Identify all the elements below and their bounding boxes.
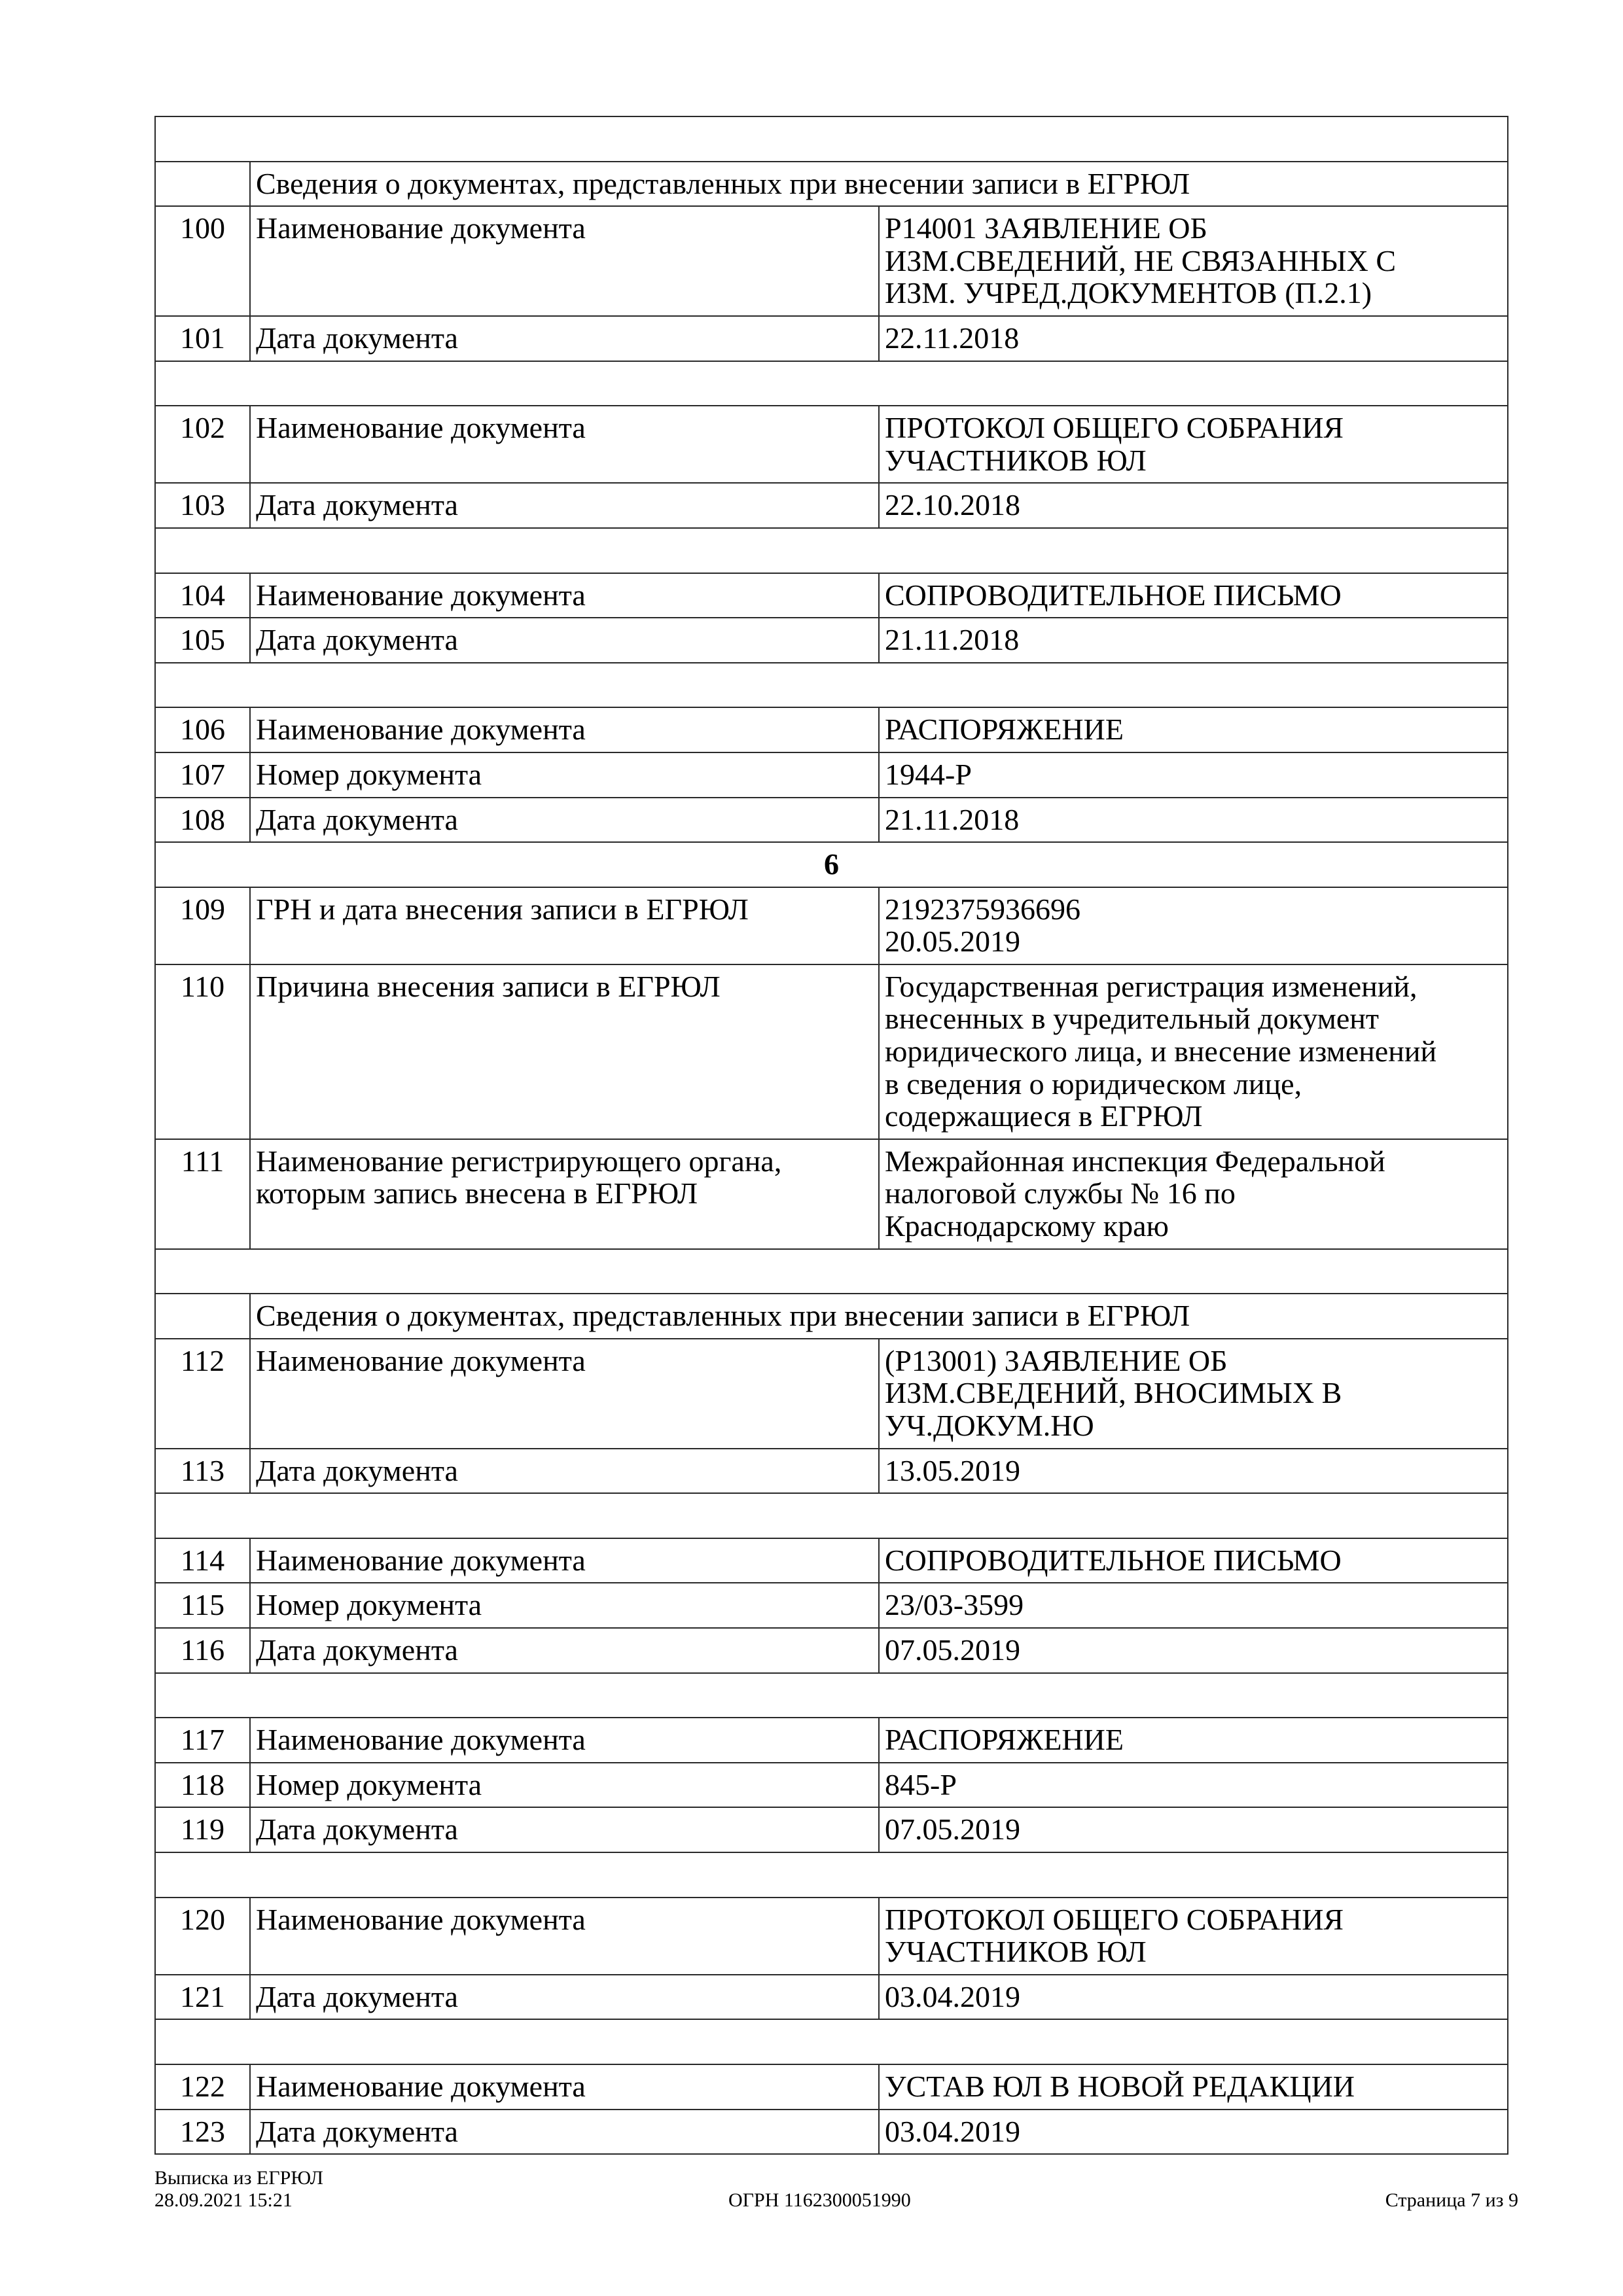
field-label-cell: ГРН и дата внесения записи в ЕГРЮЛ: [250, 887, 879, 964]
table-row: 116Дата документа07.05.2019: [155, 1628, 1508, 1673]
table-row: 102Наименование документаПРОТОКОЛ ОБЩЕГО…: [155, 406, 1508, 483]
section-header-text: Сведения о документах, представленных пр…: [250, 162, 1508, 207]
table-row: 107Номер документа1944-Р: [155, 752, 1508, 798]
table-row: 106Наименование документаРАСПОРЯЖЕНИЕ: [155, 707, 1508, 752]
field-value-cell: Государственная регистрация изменений, в…: [879, 964, 1508, 1139]
field-label-cell: Наименование документа: [250, 206, 879, 316]
table-row: 103Дата документа22.10.2018: [155, 483, 1508, 528]
field-value-cell: 23/03-3599: [879, 1583, 1508, 1628]
field-value-cell: (Р13001) ЗАЯВЛЕНИЕ ОБ ИЗМ.СВЕДЕНИЙ, ВНОС…: [879, 1339, 1508, 1449]
table-row: 109ГРН и дата внесения записи в ЕГРЮЛ219…: [155, 887, 1508, 964]
blank-separator-row: [155, 663, 1508, 708]
table-row: 117Наименование документаРАСПОРЯЖЕНИЕ: [155, 1718, 1508, 1763]
table-row: 119Дата документа07.05.2019: [155, 1807, 1508, 1852]
field-label-cell: Наименование документа: [250, 1718, 879, 1763]
field-value-cell: 13.05.2019: [879, 1449, 1508, 1494]
field-value-cell: 1944-Р: [879, 752, 1508, 798]
record-section-number-row: 6: [155, 842, 1508, 887]
table-row: 112Наименование документа(Р13001) ЗАЯВЛЕ…: [155, 1339, 1508, 1449]
row-number-cell: 116: [155, 1628, 250, 1673]
document-page: Сведения о документах, представленных пр…: [0, 0, 1623, 2296]
row-number-cell: 121: [155, 1975, 250, 2020]
footer-left: Выписка из ЕГРЮЛ 28.09.2021 15:21: [154, 2167, 323, 2212]
blank-cell: [155, 116, 1508, 162]
row-number-cell: 123: [155, 2110, 250, 2155]
blank-cell: [155, 1673, 1508, 1718]
field-value-cell: СОПРОВОДИТЕЛЬНОЕ ПИСЬМО: [879, 1538, 1508, 1583]
blank-cell: [155, 1852, 1508, 1898]
blank-separator-row: [155, 1852, 1508, 1898]
table-row: 115Номер документа23/03-3599: [155, 1583, 1508, 1628]
field-value-cell: ПРОТОКОЛ ОБЩЕГО СОБРАНИЯ УЧАСТНИКОВ ЮЛ: [879, 406, 1508, 483]
blank-cell: [155, 528, 1508, 573]
blank-cell: [155, 361, 1508, 406]
row-number-cell: 118: [155, 1763, 250, 1808]
field-value-cell: 845-Р: [879, 1763, 1508, 1808]
field-value-cell: Межрайонная инспекция Федеральной налого…: [879, 1139, 1508, 1249]
row-number-cell: 100: [155, 206, 250, 316]
field-label-cell: Причина внесения записи в ЕГРЮЛ: [250, 964, 879, 1139]
field-label-cell: Номер документа: [250, 1763, 879, 1808]
blank-cell: [155, 1493, 1508, 1538]
field-label-cell: Дата документа: [250, 1975, 879, 2020]
row-number-cell: 108: [155, 798, 250, 843]
field-label-cell: Дата документа: [250, 1449, 879, 1494]
field-value-cell: Р14001 ЗАЯВЛЕНИЕ ОБ ИЗМ.СВЕДЕНИЙ, НЕ СВЯ…: [879, 206, 1508, 316]
field-label-cell: Дата документа: [250, 798, 879, 843]
row-number-cell: 105: [155, 618, 250, 663]
row-number-cell: 106: [155, 707, 250, 752]
field-value-cell: 22.10.2018: [879, 483, 1508, 528]
row-number-cell: 122: [155, 2064, 250, 2110]
row-number-cell: 102: [155, 406, 250, 483]
field-label-cell: Наименование документа: [250, 2064, 879, 2110]
field-label-cell: Наименование документа: [250, 1898, 879, 1975]
blank-separator-row: [155, 361, 1508, 406]
field-label-cell: Дата документа: [250, 2110, 879, 2155]
row-number-cell: 107: [155, 752, 250, 798]
blank-cell: [155, 663, 1508, 708]
field-label-cell: Наименование документа: [250, 406, 879, 483]
table-row: 111Наименование регистрирующего органа, …: [155, 1139, 1508, 1249]
field-label-cell: Дата документа: [250, 1628, 879, 1673]
table-row: 104Наименование документаСОПРОВОДИТЕЛЬНО…: [155, 573, 1508, 618]
row-number-cell: 112: [155, 1339, 250, 1449]
field-value-cell: УСТАВ ЮЛ В НОВОЙ РЕДАКЦИИ: [879, 2064, 1508, 2110]
blank-separator-row: [155, 528, 1508, 573]
row-number-cell: 111: [155, 1139, 250, 1249]
blank-separator-row: [155, 2019, 1508, 2064]
table-row: 113Дата документа13.05.2019: [155, 1449, 1508, 1494]
table-row: 110Причина внесения записи в ЕГРЮЛГосуда…: [155, 964, 1508, 1139]
field-value-cell: СОПРОВОДИТЕЛЬНОЕ ПИСЬМО: [879, 573, 1508, 618]
field-value-cell: 03.04.2019: [879, 1975, 1508, 2020]
blank-cell: [155, 2019, 1508, 2064]
field-value-cell: 07.05.2019: [879, 1628, 1508, 1673]
table-row: 114Наименование документаСОПРОВОДИТЕЛЬНО…: [155, 1538, 1508, 1583]
table-row: 105Дата документа21.11.2018: [155, 618, 1508, 663]
row-number-cell: 120: [155, 1898, 250, 1975]
footer-page-number: Страница 7 из 9: [1385, 2189, 1518, 2212]
row-number-cell: 117: [155, 1718, 250, 1763]
row-number-cell: 115: [155, 1583, 250, 1628]
field-value-cell: 07.05.2019: [879, 1807, 1508, 1852]
table-row: 123Дата документа03.04.2019: [155, 2110, 1508, 2155]
row-number-cell: 119: [155, 1807, 250, 1852]
table-row: 101Дата документа22.11.2018: [155, 316, 1508, 361]
blank-separator-row: [155, 1493, 1508, 1538]
egrul-table-body: Сведения о документах, представленных пр…: [155, 116, 1508, 2154]
field-label-cell: Наименование регистрирующего органа, кот…: [250, 1139, 879, 1249]
field-value-cell: ПРОТОКОЛ ОБЩЕГО СОБРАНИЯ УЧАСТНИКОВ ЮЛ: [879, 1898, 1508, 1975]
field-value-cell: 21.11.2018: [879, 618, 1508, 663]
field-label-cell: Дата документа: [250, 316, 879, 361]
blank-cell: [155, 1249, 1508, 1294]
record-section-number: 6: [155, 842, 1508, 887]
row-number-cell: 103: [155, 483, 250, 528]
field-label-cell: Дата документа: [250, 1807, 879, 1852]
row-number-cell: 104: [155, 573, 250, 618]
table-row: 100Наименование документаР14001 ЗАЯВЛЕНИ…: [155, 206, 1508, 316]
table-row: 118Номер документа845-Р: [155, 1763, 1508, 1808]
footer-datetime: 28.09.2021 15:21: [154, 2189, 323, 2212]
field-label-cell: Дата документа: [250, 483, 879, 528]
field-value-cell: 22.11.2018: [879, 316, 1508, 361]
row-number-cell: [155, 162, 250, 207]
table-row: 121Дата документа03.04.2019: [155, 1975, 1508, 2020]
section-header-text: Сведения о документах, представленных пр…: [250, 1294, 1508, 1339]
blank-separator-row: [155, 116, 1508, 162]
field-label-cell: Наименование документа: [250, 573, 879, 618]
row-number-cell: 110: [155, 964, 250, 1139]
footer-doc-title: Выписка из ЕГРЮЛ: [154, 2167, 323, 2189]
field-label-cell: Дата документа: [250, 618, 879, 663]
row-number-cell: [155, 1294, 250, 1339]
field-value-cell: 21.11.2018: [879, 798, 1508, 843]
field-label-cell: Наименование документа: [250, 1339, 879, 1449]
footer-ogrn: ОГРН 1162300051990: [728, 2189, 911, 2212]
row-number-cell: 113: [155, 1449, 250, 1494]
blank-separator-row: [155, 1673, 1508, 1718]
table-row: 108Дата документа21.11.2018: [155, 798, 1508, 843]
field-label-cell: Номер документа: [250, 752, 879, 798]
documents-section-header-row: Сведения о документах, представленных пр…: [155, 162, 1508, 207]
table-row: 120Наименование документаПРОТОКОЛ ОБЩЕГО…: [155, 1898, 1508, 1975]
row-number-cell: 114: [155, 1538, 250, 1583]
field-value-cell: РАСПОРЯЖЕНИЕ: [879, 1718, 1508, 1763]
field-label-cell: Наименование документа: [250, 1538, 879, 1583]
field-value-cell: РАСПОРЯЖЕНИЕ: [879, 707, 1508, 752]
documents-section-header-row: Сведения о документах, представленных пр…: [155, 1294, 1508, 1339]
row-number-cell: 109: [155, 887, 250, 964]
field-value-cell: 2192375936696 20.05.2019: [879, 887, 1508, 964]
field-label-cell: Номер документа: [250, 1583, 879, 1628]
field-label-cell: Наименование документа: [250, 707, 879, 752]
blank-separator-row: [155, 1249, 1508, 1294]
egrul-records-table: Сведения о документах, представленных пр…: [154, 116, 1508, 2155]
field-value-cell: 03.04.2019: [879, 2110, 1508, 2155]
row-number-cell: 101: [155, 316, 250, 361]
table-row: 122Наименование документаУСТАВ ЮЛ В НОВО…: [155, 2064, 1508, 2110]
